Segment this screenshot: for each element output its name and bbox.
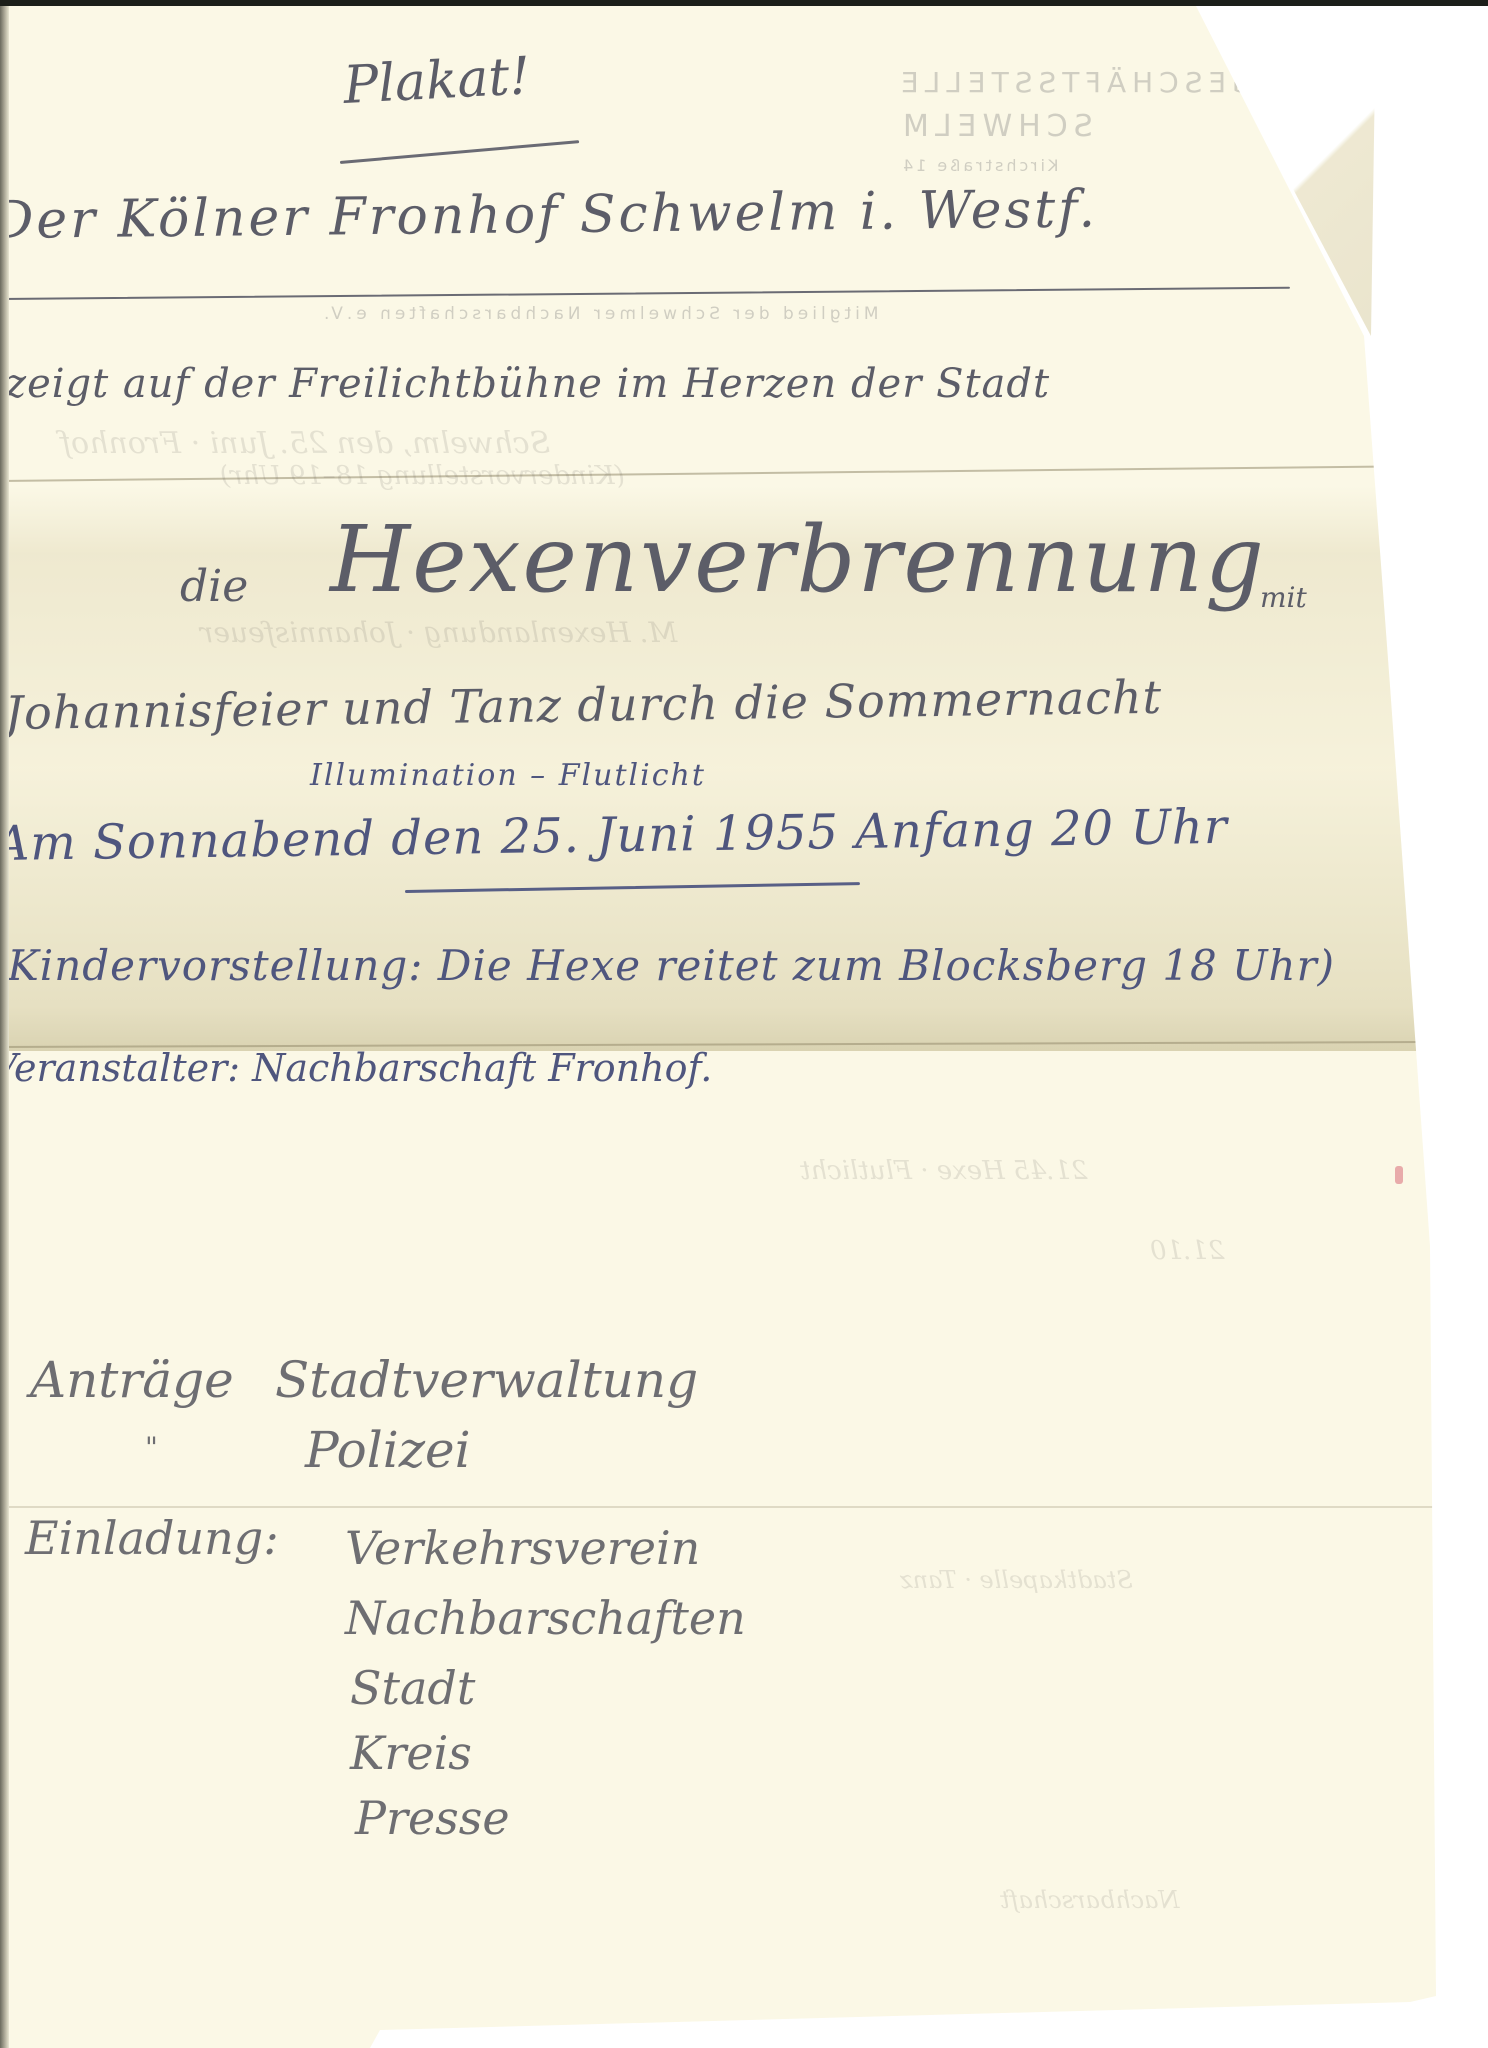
poster-line-mit: mit [1260,581,1307,614]
reverse-showthrough: 21.45 Hexe · Flutlicht [800,1156,1088,1186]
reverse-showthrough: M. Hexenlandung · Johannisfeuer [200,616,677,649]
red-stain [1395,1166,1403,1184]
reverse-showthrough: Schwelm, den 25. Juni · Fronhof [60,426,550,461]
reverse-showthrough: (Kindervorstellung 18–19 Uhr) [220,461,625,491]
fold-crease [0,1506,1440,1508]
notes-einladung-item: Kreis [350,1726,472,1780]
poster-line-children-show: (Kindervorstellung: Die Hexe reitet zum … [0,941,1335,990]
reverse-showthrough: Stadtkapelle · Tanz [900,1566,1133,1594]
heading-underline [340,140,579,164]
line1-underline [0,287,1290,300]
notes-antraege-label: Anträge [30,1351,234,1409]
letterhead-address: Kirchstraße 14 [900,156,1058,175]
heading-plakat: Plakat! [342,46,532,116]
notes-antraege-item: Polizei [305,1421,471,1479]
scan-top-border [0,0,1488,6]
poster-line-venue: zeigt auf der Freilichtbühne im Herzen d… [5,361,1050,407]
poster-insert-illumination: Illumination – Flutlicht [310,758,706,793]
notes-einladung-label: Einladung: [25,1511,279,1565]
paper-sheet: GESCHÄFTSSTELLE SCHWELM Kirchstraße 14 M… [0,6,1440,2048]
notes-antraege-item: Stadtverwaltung [275,1351,698,1409]
reverse-showthrough: 21.10 [1150,1236,1224,1266]
letterhead-office: GESCHÄFTSSTELLE [895,66,1254,99]
poster-title-hexenverbrennung: Hexenverbrennung [330,506,1266,613]
notes-einladung-item: Nachbarschaften [345,1591,746,1645]
scan-left-edge [0,6,9,2048]
notes-einladung-item: Verkehrsverein [345,1521,700,1575]
reverse-showthrough: Nachbarschaft [1000,1886,1179,1914]
notes-ditto-mark: " [145,1431,158,1464]
poster-line-organizer: Der Kölner Fronhof Schwelm i. Westf. [0,179,1098,251]
notes-einladung-item: Stadt [350,1661,475,1715]
poster-line-die: die [180,561,248,612]
fold-crease [0,465,1440,482]
notes-einladung-item: Presse [355,1791,510,1845]
letterhead-member-line: Mitglied der Schwelmer Nachbarschaften e… [320,304,879,324]
letterhead-city: SCHWELM [897,109,1093,144]
poster-line-host: Veranstalter: Nachbarschaft Fronhof. [0,1046,712,1090]
